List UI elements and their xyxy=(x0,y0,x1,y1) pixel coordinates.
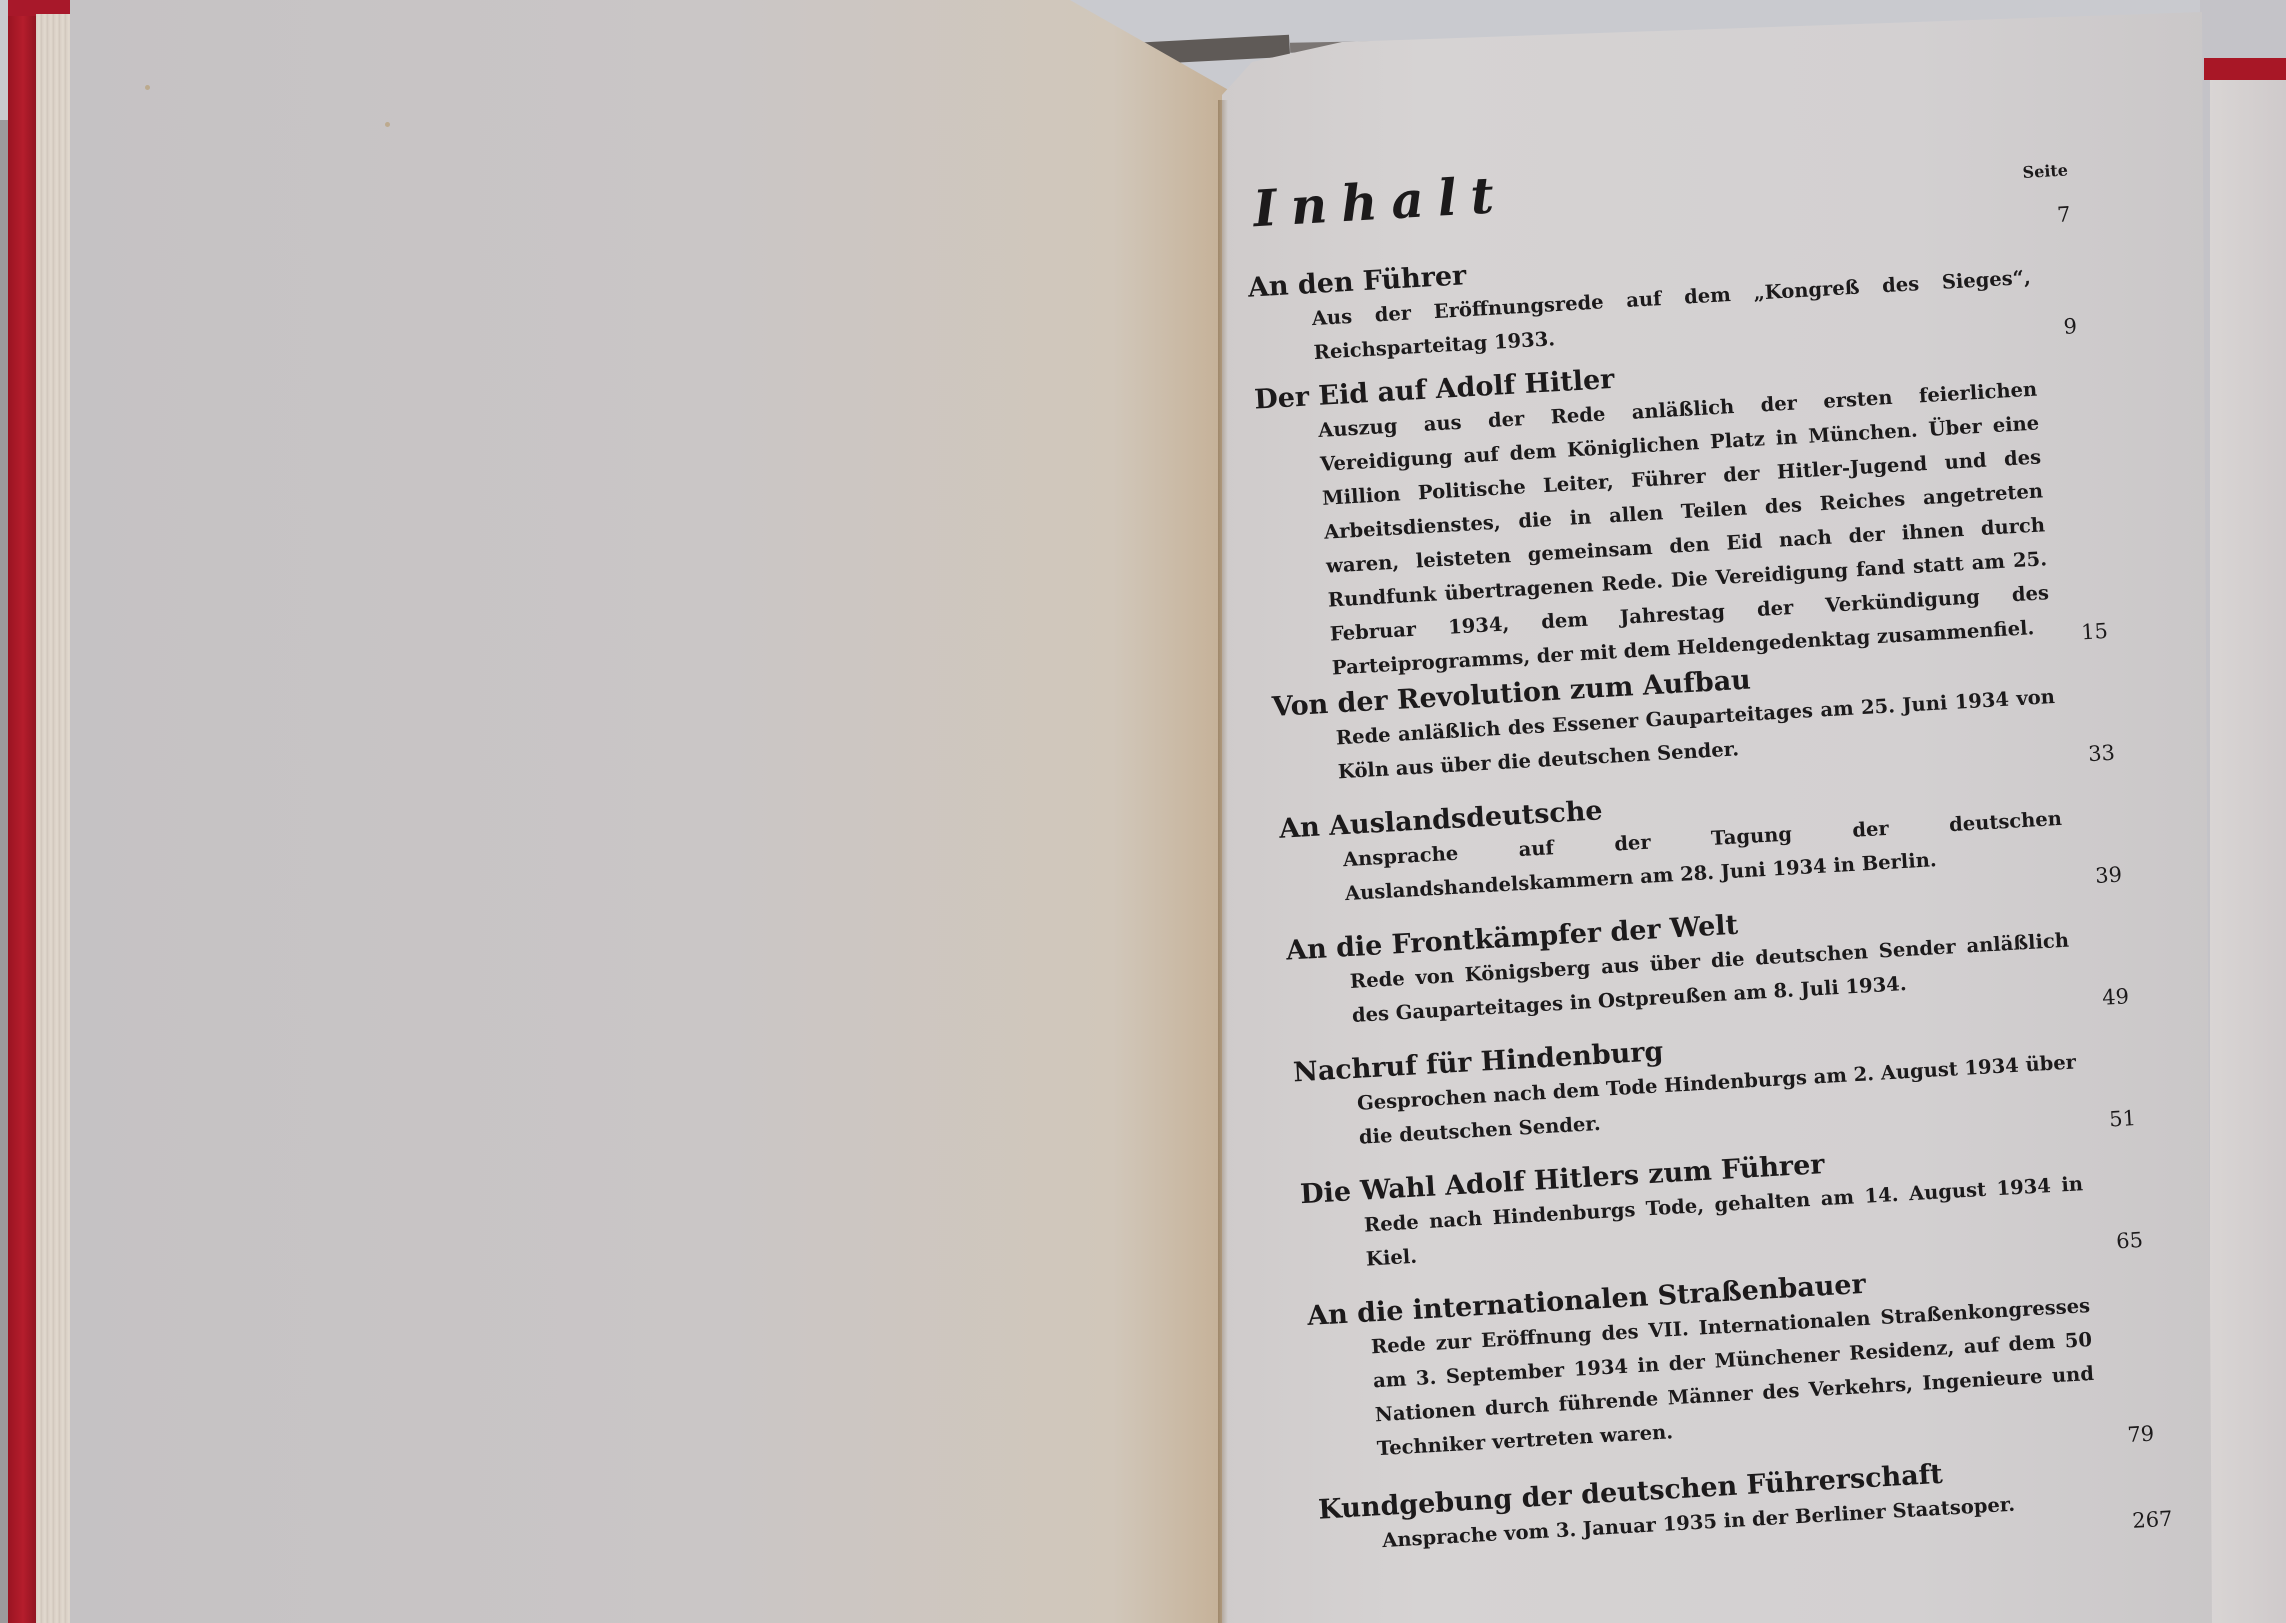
toc-page-number: 79 xyxy=(2127,1422,2155,1447)
toc-page-number: 7 xyxy=(2056,202,2071,227)
toc-page-number: 65 xyxy=(2116,1228,2144,1253)
gutter-shadow xyxy=(1218,100,1228,1623)
paper-speck xyxy=(145,85,150,90)
left-page-blank xyxy=(70,0,1255,1623)
toc-entry-description: Auszug aus der Rede anläßlich der ersten… xyxy=(1317,373,2051,686)
toc-page-number: 15 xyxy=(2080,619,2108,644)
paper-speck xyxy=(385,122,390,127)
cover-edge-left xyxy=(8,0,38,1623)
cover-board-right xyxy=(2210,80,2286,1623)
toc-page-number: 39 xyxy=(2095,862,2123,887)
toc-page-number: 49 xyxy=(2102,984,2130,1009)
toc-page-number: 51 xyxy=(2109,1106,2137,1131)
cover-edge-right xyxy=(2204,58,2286,80)
toc-page-number: 9 xyxy=(2063,314,2078,339)
toc-entry: Der Eid auf Adolf Hitler Auszug aus der … xyxy=(1253,336,2089,689)
toc-trailing-page-number: 267 xyxy=(2132,1507,2173,1533)
page-stack-edge xyxy=(36,14,70,1623)
page-column-label: Seite xyxy=(2022,160,2068,182)
toc-page-number: 33 xyxy=(2087,741,2115,766)
